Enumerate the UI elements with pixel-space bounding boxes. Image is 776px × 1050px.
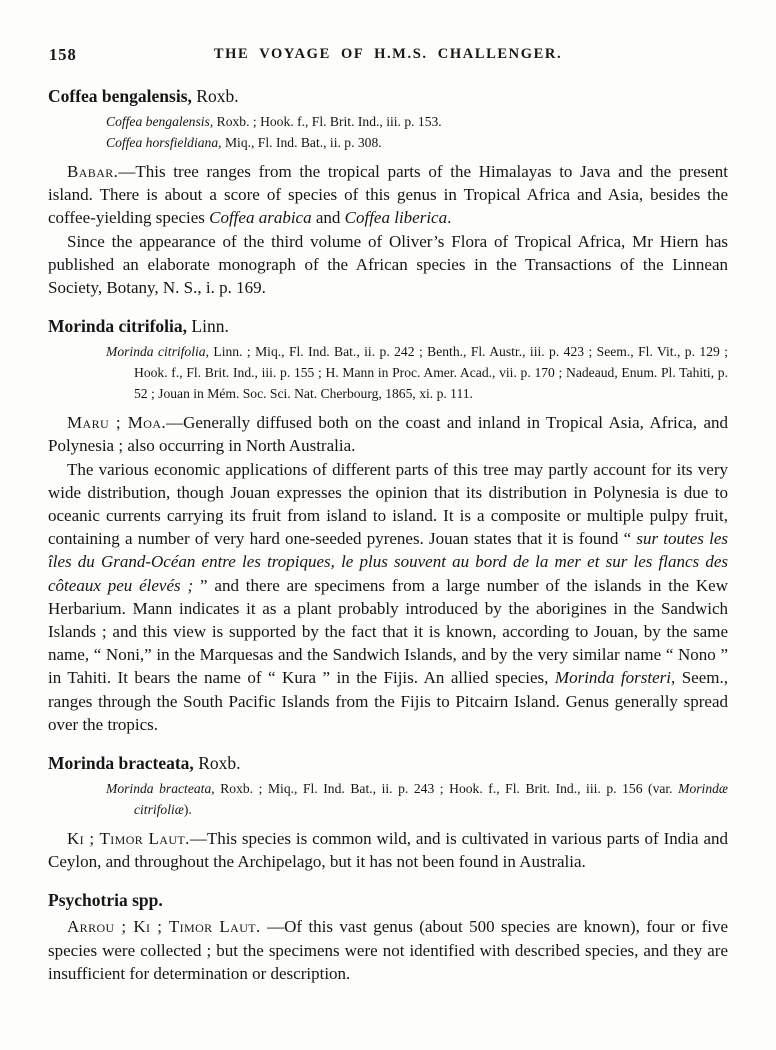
text-run: Arrou ; Ki ; Timor Laut. — [67, 917, 261, 936]
text-run: ). — [184, 802, 192, 817]
species-heading: Morinda citrifolia, Linn. — [48, 314, 728, 338]
citation-line: Morinda bracteata, Roxb. ; Miq., Fl. Ind… — [48, 778, 728, 820]
body-paragraph: Babar.—This tree ranges from the tropica… — [48, 160, 728, 230]
citation-line: Morinda citrifolia, Linn. ; Miq., Fl. In… — [48, 341, 728, 404]
text-run: Coffea arabica — [209, 208, 311, 227]
text-run: Coffea liberica — [345, 208, 447, 227]
text-run: Psychotria spp. — [48, 890, 163, 910]
text-run: Babar. — [67, 162, 118, 181]
running-title: THE VOYAGE OF H.M.S. CHALLENGER. — [48, 46, 728, 63]
body-paragraph: Ki ; Timor Laut.—This species is common … — [48, 827, 728, 873]
page-content: Coffea bengalensis, Roxb.Coffea bengalen… — [48, 84, 728, 985]
body-paragraph: Since the appearance of the third volume… — [48, 230, 728, 300]
citation-line: Coffea bengalensis, Roxb. ; Hook. f., Fl… — [48, 111, 728, 132]
page-header: 158 THE VOYAGE OF H.M.S. CHALLENGER. — [48, 44, 728, 66]
species-section: Psychotria spp.Arrou ; Ki ; Timor Laut. … — [48, 888, 728, 985]
species-section: Coffea bengalensis, Roxb.Coffea bengalen… — [48, 84, 728, 299]
species-section: Morinda bracteata, Roxb.Morinda bracteat… — [48, 751, 728, 873]
text-run: Linn. — [191, 316, 228, 336]
text-run: Morinda citrifolia — [106, 344, 206, 359]
text-run: Ki ; Timor Laut. — [67, 829, 190, 848]
text-run: , Linn. ; Miq., Fl. Ind. Bat., ii. p. 24… — [134, 344, 728, 401]
text-run: Morinda bracteata — [106, 781, 211, 796]
text-run: Roxb. — [196, 86, 238, 106]
text-run: Coffea bengalensis, — [48, 86, 196, 106]
citation-block: Morinda citrifolia, Linn. ; Miq., Fl. In… — [48, 341, 728, 404]
citation-line: Coffea horsfieldiana, Miq., Fl. Ind. Bat… — [48, 132, 728, 153]
text-run: Morinda citrifolia, — [48, 316, 191, 336]
book-page: 158 THE VOYAGE OF H.M.S. CHALLENGER. Cof… — [0, 0, 776, 1050]
body-paragraph: Arrou ; Ki ; Timor Laut. —Of this vast g… — [48, 915, 728, 985]
citation-block: Morinda bracteata, Roxb. ; Miq., Fl. Ind… — [48, 778, 728, 820]
text-run: Maru ; Moa. — [67, 413, 166, 432]
text-run: Coffea horsfieldiana — [106, 135, 218, 150]
species-heading: Coffea bengalensis, Roxb. — [48, 84, 728, 108]
text-run: Since the appearance of the third volume… — [48, 232, 728, 297]
citation-block: Coffea bengalensis, Roxb. ; Hook. f., Fl… — [48, 111, 728, 153]
species-section: Morinda citrifolia, Linn.Morinda citrifo… — [48, 314, 728, 736]
species-heading: Psychotria spp. — [48, 888, 728, 912]
text-run: and — [312, 208, 345, 227]
body-paragraph: The various economic applications of dif… — [48, 458, 728, 736]
species-heading: Morinda bracteata, Roxb. — [48, 751, 728, 775]
text-run: , Roxb. ; Hook. f., Fl. Brit. Ind., iii.… — [210, 114, 442, 129]
text-run: Morinda forsteri — [555, 668, 671, 687]
text-run: The various economic applications of dif… — [48, 460, 728, 549]
text-run: . — [447, 208, 451, 227]
text-run: Coffea bengalensis — [106, 114, 210, 129]
body-paragraph: Maru ; Moa.—Generally diffused both on t… — [48, 411, 728, 457]
text-run: , Roxb. ; Miq., Fl. Ind. Bat., ii. p. 24… — [211, 781, 678, 796]
text-run: Roxb. — [198, 753, 240, 773]
text-run: Morinda bracteata, — [48, 753, 198, 773]
text-run: , Miq., Fl. Ind. Bat., ii. p. 308. — [218, 135, 382, 150]
